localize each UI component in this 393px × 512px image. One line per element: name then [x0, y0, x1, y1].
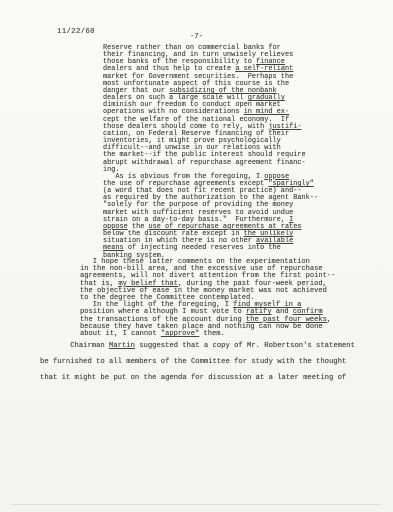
text-line: that it might be put on the agenda for d… [40, 371, 365, 387]
text-line: Chairman Martin suggested that a copy of… [40, 339, 365, 355]
page-number: -7- [190, 33, 203, 41]
text-line: about it, I cannot "approve" them. [80, 331, 342, 338]
quoted-statement-block: Reserve rather than on commercial banks … [103, 45, 319, 260]
text-line: abrupt withdrawal of repurchase agreemen… [103, 160, 319, 167]
scan-artifact-line [10, 504, 381, 505]
document-page: 11/22/60 -7- Reserve rather than on comm… [0, 0, 393, 512]
document-date: 11/22/60 [57, 28, 95, 36]
text-line: be furnished to all members of the Commi… [40, 355, 365, 371]
statement-continuation-block: I hope these latter comments on the expe… [80, 259, 342, 338]
closing-paragraph: Chairman Martin suggested that a copy of… [40, 339, 365, 386]
